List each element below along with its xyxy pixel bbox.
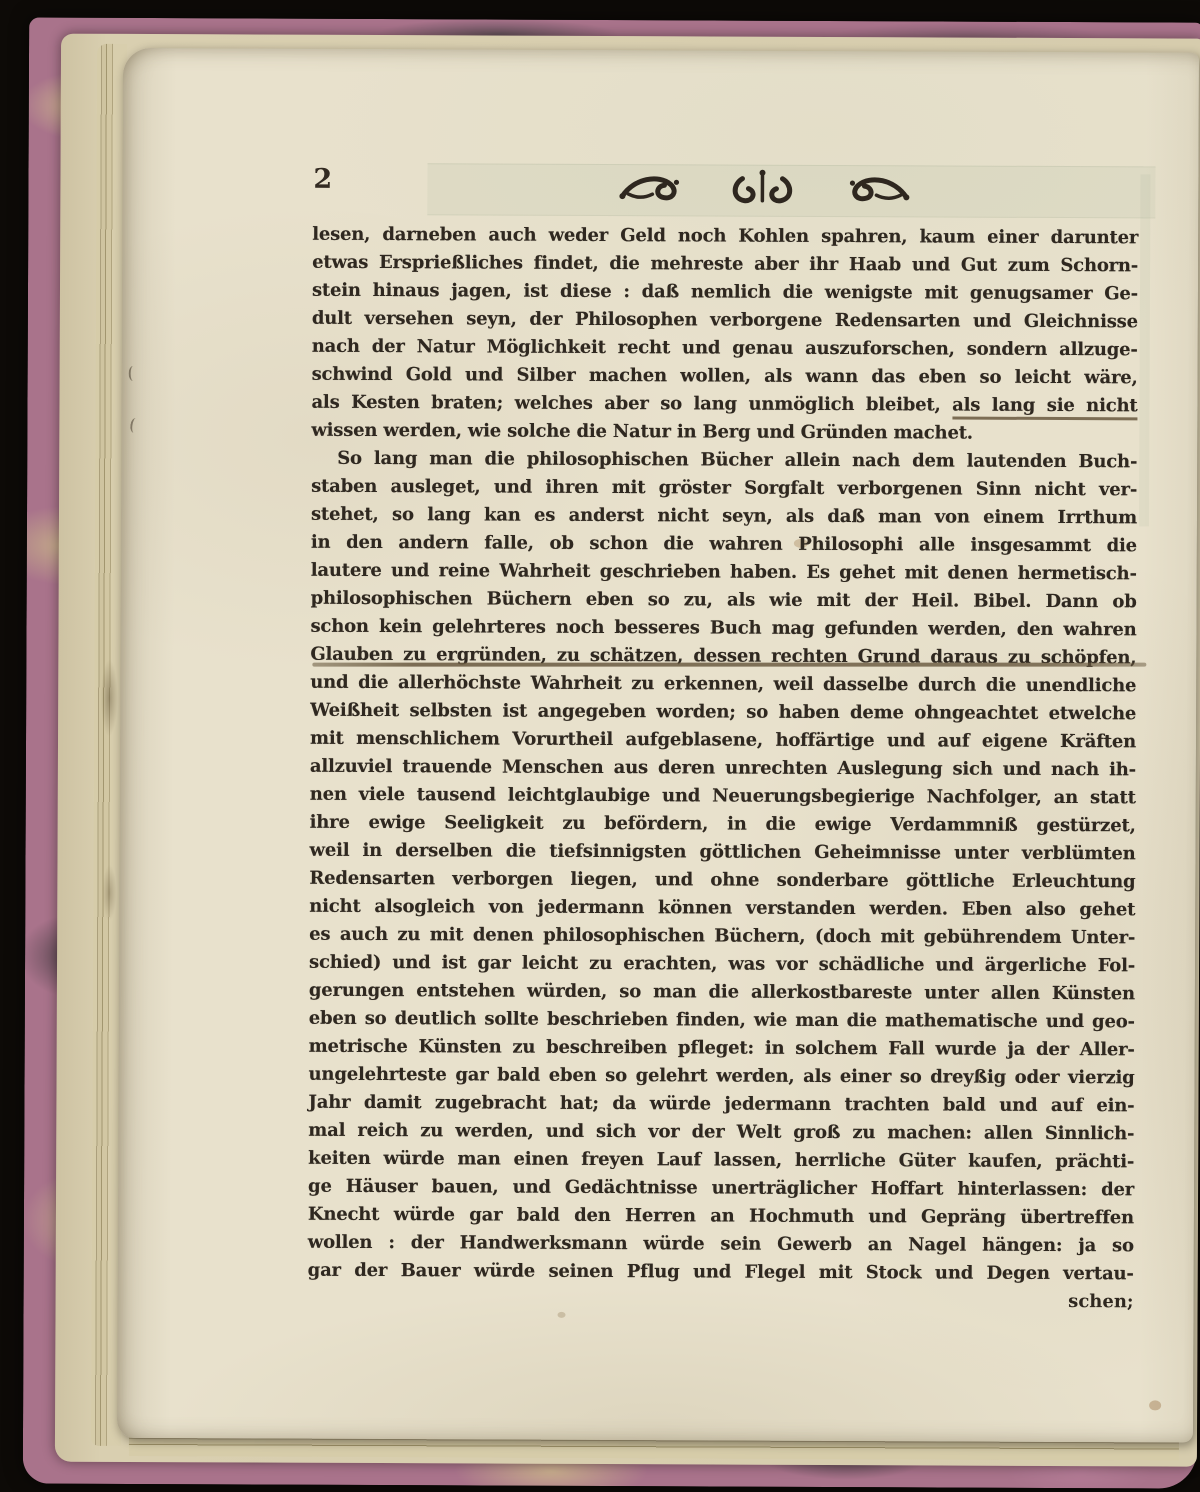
text-line: etwas Ersprießliches findet, die mehrest… — [312, 249, 1138, 281]
text-line: schied) und ist gar leicht zu erachten, … — [309, 949, 1135, 981]
text-line: staben ausleget, und ihren mit gröster S… — [311, 473, 1137, 505]
hand-ink-underline — [312, 663, 1146, 667]
paper-stain — [1149, 1400, 1161, 1410]
margin-pen-mark — [129, 366, 138, 381]
text-line: lautere und reine Wahrheit geschrieben h… — [311, 557, 1137, 589]
text-line: philosophischen Büchern eben so zu, als … — [311, 585, 1137, 617]
text-line: es auch zu mit denen philosophischen Büc… — [309, 921, 1135, 953]
text-line: stehet, so lang kan es anderst nicht sey… — [311, 501, 1137, 533]
text-line: schwind Gold und Silber machen wollen, a… — [312, 361, 1138, 393]
fleuron-right-icon — [850, 180, 910, 201]
text-block: lesen, darneben auch weder Geld noch Koh… — [308, 221, 1139, 1317]
text-line: und die allerhöchste Wahrheit zu erkenne… — [310, 669, 1136, 701]
text-line: mal reich zu werden, und sich vor der We… — [308, 1117, 1134, 1149]
text-line: allzuviel trauende Menschen aus deren un… — [310, 753, 1136, 785]
text-line: ge Häuser bauen, und Gedächtnisse unertr… — [308, 1173, 1134, 1205]
text-line: stein hinaus jagen, ist diese : daß neml… — [312, 277, 1138, 309]
catchword: schen; — [308, 1285, 1134, 1317]
text-line: eben so deutlich sollte beschrieben find… — [309, 1005, 1135, 1037]
text-line: ihre ewige Seeligkeit zu befördern, in d… — [310, 809, 1136, 841]
text-line: gerungen entstehen würden, so man die al… — [309, 977, 1135, 1009]
text-line: Glauben zu ergründen, zu schätzen, desse… — [310, 641, 1136, 673]
text-line: metrische Künsten zu beschreiben pfleget… — [309, 1033, 1135, 1065]
page-number: 2 — [313, 165, 332, 195]
text-line: gar der Bauer würde seinen Pflug und Fle… — [308, 1257, 1134, 1289]
text-line: Knecht würde gar bald den Herren an Hoch… — [308, 1201, 1134, 1233]
fleuron-center-icon — [735, 170, 790, 201]
book: 2 — [0, 0, 1200, 1492]
text-line: keiten würde man einen freyen Lauf lasse… — [308, 1145, 1134, 1177]
text-line: wissen werden, wie solche die Natur in B… — [311, 417, 1137, 449]
edge-smudge — [99, 848, 119, 938]
fleuron-left-icon — [619, 179, 679, 200]
underlined-text: als lang sie nicht — [952, 395, 1137, 421]
text-line: wollen : der Handwerksmann würde sein Ge… — [308, 1229, 1134, 1261]
header-ornament — [614, 164, 914, 213]
photo-backdrop: 2 — [0, 0, 1200, 1492]
text-line: Weißheit selbsten ist angegeben worden; … — [310, 697, 1136, 729]
text-line: mit menschlichem Vorurtheil aufgeblasene… — [310, 725, 1136, 757]
text-line: weil in derselben die tiefsinnigsten göt… — [309, 837, 1135, 869]
text-line: nen viele tausend leichtglaubige und Neu… — [310, 781, 1136, 813]
bleedthrough-line — [1139, 174, 1151, 526]
text-line: ungelehrteste gar bald eben so gelehrt w… — [309, 1061, 1135, 1093]
text-line: lesen, darneben auch weder Geld noch Koh… — [312, 221, 1138, 253]
text-line: als Kesten braten; welches aber so lang … — [311, 389, 1137, 421]
text-line: schon kein gelehrteres noch besseres Buc… — [310, 613, 1136, 645]
text-line: Redensarten verborgen liegen, und ohne s… — [309, 865, 1135, 897]
text-line: Jahr damit zugebracht hat; da würde jede… — [308, 1089, 1134, 1121]
text-line: nicht alsogleich von jedermann können ve… — [309, 893, 1135, 925]
text-line: So lang man die philosophischen Bücher a… — [311, 445, 1137, 477]
edge-smudge — [98, 638, 121, 758]
text-line: in den andern falle, ob schon die wahren… — [311, 529, 1137, 561]
text-line: nach der Natur Möglichkeit recht und gen… — [312, 333, 1138, 365]
text-line: dult versehen seyn, der Philosophen verb… — [312, 305, 1138, 337]
